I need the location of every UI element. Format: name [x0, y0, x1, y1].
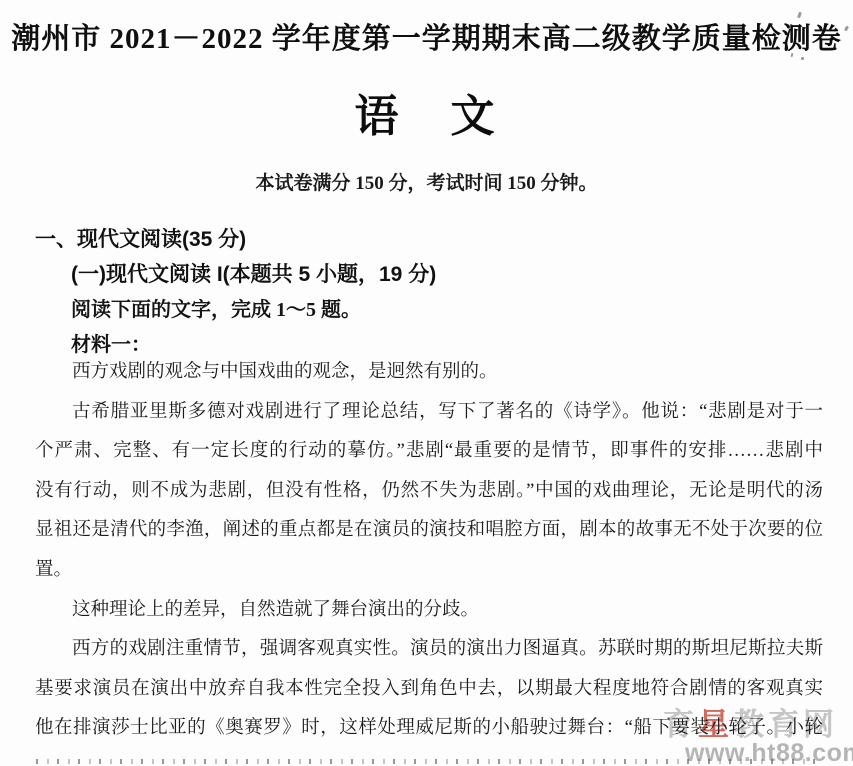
scan-speck	[801, 57, 804, 60]
body-text-line: 这种理论上的差异，自然造就了舞台演出的分歧。	[35, 591, 823, 631]
body-text-line: 基要求演员在演出中放弃自我本性完全投入到角色中去，以期最大程度地符合剧情的客观真…	[35, 670, 823, 710]
body-text-line: 古希腊亚里斯多德对戏剧进行了理论总结，写下了著名的《诗学》。他说：“悲剧是对于一	[35, 393, 823, 433]
body-text-line: 西方戏剧的观念与中国戏曲的观念，是迥然有别的。	[35, 353, 823, 393]
clipped-text-line	[36, 759, 822, 764]
section-heading: 一、现代文阅读(35 分)	[35, 223, 246, 253]
reading-instruction: 阅读下面的文字，完成 1～5 题。	[71, 293, 361, 322]
body-text-line: 置。	[35, 551, 823, 591]
body-text-line: 西方的戏剧注重情节，强调客观真实性。演员的演出力图逼真。苏联时期的斯坦尼斯拉夫斯	[35, 630, 823, 670]
body-text-line: 个严肃、完整、有一定长度的行动的摹仿。”悲剧“最重要的是情节，即事件的安排……悲…	[35, 432, 823, 472]
body-text: 西方戏剧的观念与中国戏曲的观念，是迥然有别的。古希腊亚里斯多德对戏剧进行了理论总…	[35, 353, 823, 749]
body-text-line: 他在排演莎士比亚的《奥赛罗》时，这样处理威尼斯的小船驶过舞台：“船下要装小轮子。…	[35, 709, 823, 749]
subject-title: 语 文	[0, 80, 853, 144]
page-title: 潮州市 2021－2022 学年度第一学期期末高二级教学质量检测卷	[0, 16, 853, 57]
body-text-line: 没有行动，则不成为悲剧，但没有性格，仍然不失为悲剧。”中国的戏曲理论，无论是明代…	[35, 472, 823, 512]
body-text-line: 显祖还是清代的李渔，阐述的重点都是在演员的演技和唱腔方面，剧本的故事无不处于次要…	[35, 511, 823, 551]
subsection-heading: (一)现代文阅读 I(本题共 5 小题，19 分)	[71, 258, 436, 288]
exam-info: 本试卷满分 150 分，考试时间 150 分钟。	[0, 168, 853, 195]
exam-paper-page: 育星教育网 www.ht88.com 潮州市 2021－2022 学年度第一学期…	[0, 0, 853, 766]
